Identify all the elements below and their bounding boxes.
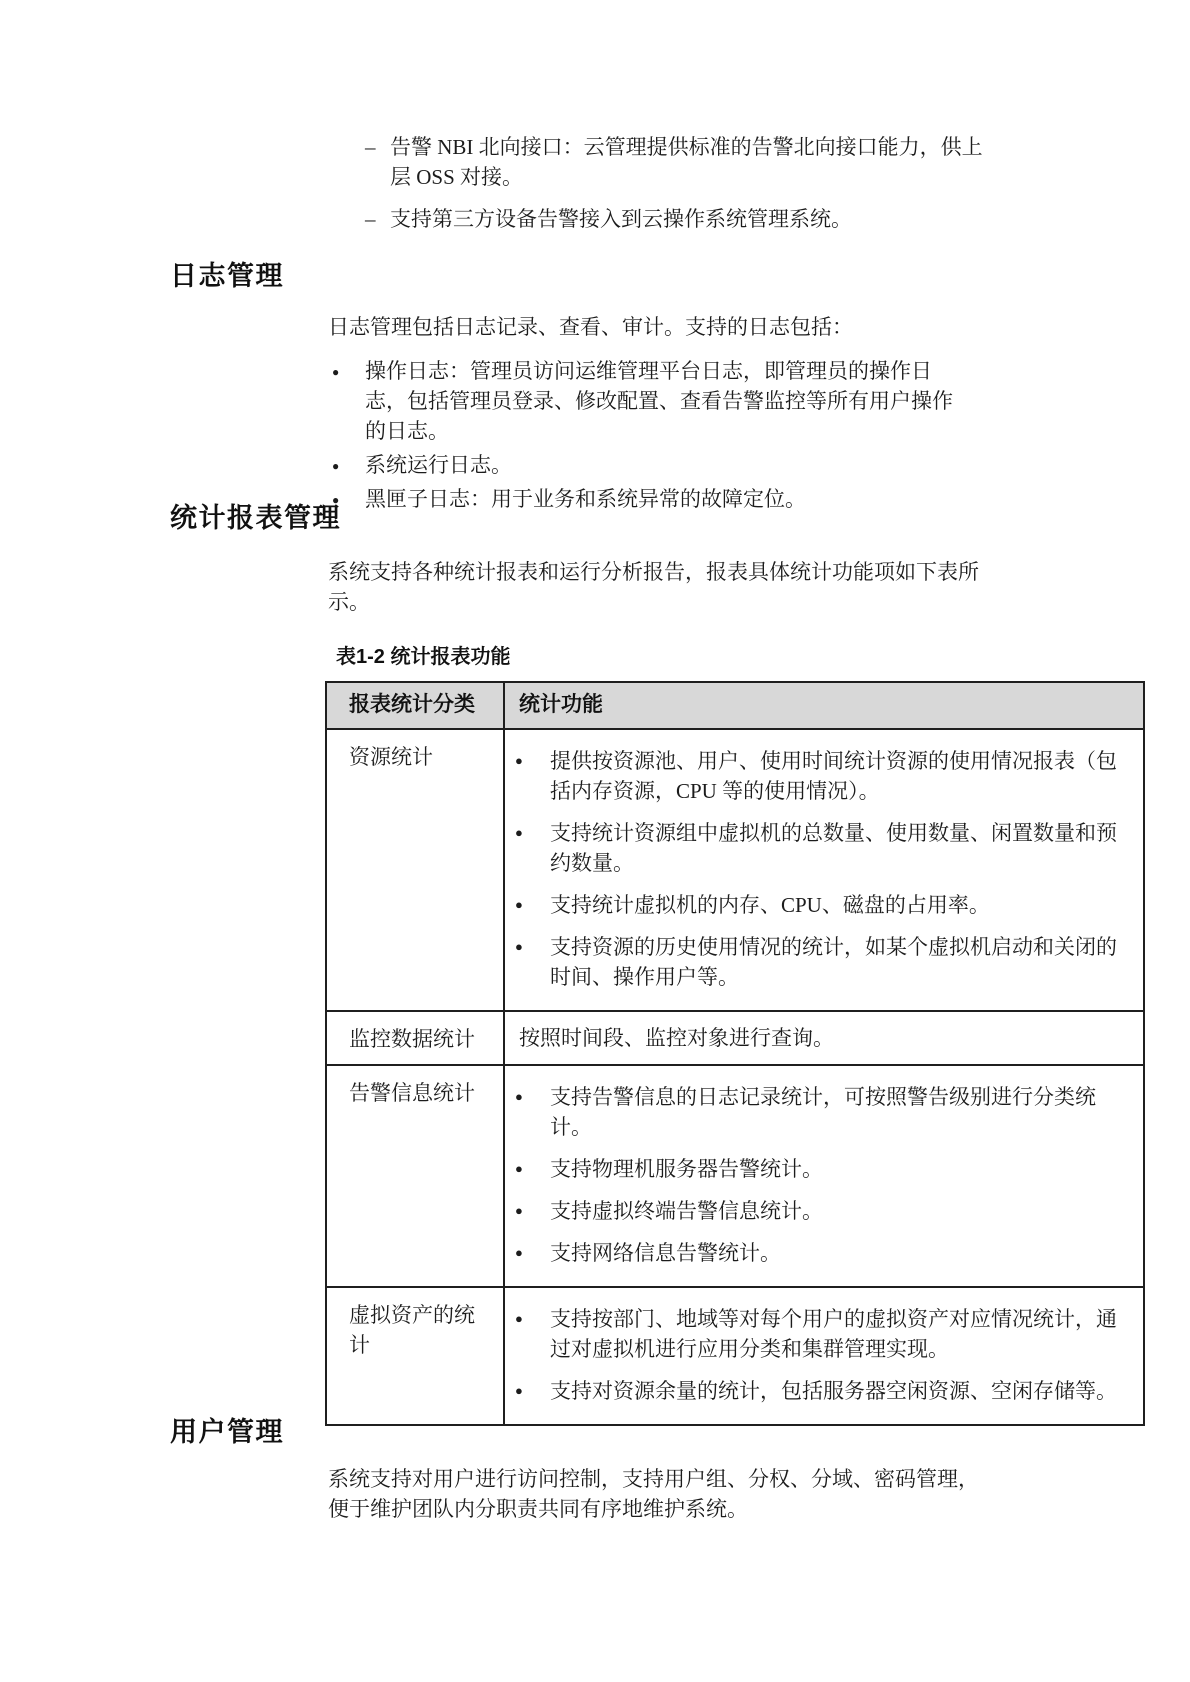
report-intro-paragraph: 系统支持各种统计报表和运行分析报告，报表具体统计功能项如下表所示。 — [328, 557, 988, 617]
column-header-category: 报表统计分类 — [326, 682, 504, 729]
list-item: – 支持第三方设备告警接入到云操作系统管理系统。 — [365, 204, 985, 234]
feature-text: 支持虚拟终端告警信息统计。 — [550, 1196, 1131, 1226]
list-item: ● 操作日志：管理员访问运维管理平台日志，即管理员的操作日志，包括管理员登录、修… — [332, 356, 967, 446]
bullet-icon: ● — [515, 1196, 550, 1226]
user-intro-paragraph: 系统支持对用户进行访问控制，支持用户组、分权、分域、密码管理，便于维护团队内分职… — [328, 1464, 988, 1524]
table-row: 监控数据统计 按照时间段、监控对象进行查询。 — [326, 1011, 1144, 1065]
category-cell: 告警信息统计 — [326, 1065, 504, 1287]
section-heading-log: 日志管理 — [170, 260, 284, 292]
list-item-text: 黑匣子日志：用于业务和系统异常的故障定位。 — [365, 487, 806, 511]
category-cell: 虚拟资产的统计 — [326, 1287, 504, 1425]
feature-cell: ● 支持按部门、地域等对每个用户的虚拟资产对应情况统计，通过对虚拟机进行应用分类… — [504, 1287, 1144, 1425]
feature-text: 提供按资源池、用户、使用时间统计资源的使用情况报表（包括内存资源，CPU 等的使… — [550, 746, 1131, 806]
list-item: – 告警 NBI 北向接口：云管理提供标准的告警北向接口能力，供上层 OSS 对… — [365, 132, 985, 192]
bullet-icon: ● — [515, 1154, 550, 1184]
feature-item: ● 支持虚拟终端告警信息统计。 — [515, 1196, 1131, 1226]
feature-text: 支持资源的历史使用情况的统计，如某个虚拟机启动和关闭的时间、操作用户等。 — [550, 932, 1131, 992]
feature-item: ● 支持物理机服务器告警统计。 — [515, 1154, 1131, 1184]
list-item-text: 告警 NBI 北向接口：云管理提供标准的告警北向接口能力，供上层 OSS 对接。 — [390, 135, 983, 189]
bullet-icon: ● — [515, 1238, 550, 1268]
table-row: 虚拟资产的统计 ● 支持按部门、地域等对每个用户的虚拟资产对应情况统计，通过对虚… — [326, 1287, 1144, 1425]
feature-item: ● 提供按资源池、用户、使用时间统计资源的使用情况报表（包括内存资源，CPU 等… — [515, 746, 1131, 806]
feature-text: 支持统计资源组中虚拟机的总数量、使用数量、闲置数量和预约数量。 — [550, 818, 1131, 878]
bullet-icon: ● — [515, 1376, 550, 1406]
log-bullet-list: ● 操作日志：管理员访问运维管理平台日志，即管理员的操作日志，包括管理员登录、修… — [332, 356, 967, 518]
feature-text: 支持对资源余量的统计，包括服务器空闲资源、空闲存储等。 — [550, 1376, 1131, 1406]
bullet-icon: ● — [515, 746, 550, 806]
table-row: 资源统计 ● 提供按资源池、用户、使用时间统计资源的使用情况报表（包括内存资源，… — [326, 729, 1144, 1011]
feature-text: 支持统计虚拟机的内存、CPU、磁盘的占用率。 — [550, 890, 1131, 920]
document-page: – 告警 NBI 北向接口：云管理提供标准的告警北向接口能力，供上层 OSS 对… — [0, 0, 1190, 1682]
category-cell: 资源统计 — [326, 729, 504, 1011]
section-heading-user: 用户管理 — [170, 1416, 284, 1448]
dash-icon: – — [365, 204, 376, 234]
list-item-text: 操作日志：管理员访问运维管理平台日志，即管理员的操作日志，包括管理员登录、修改配… — [365, 359, 953, 443]
bullet-icon: ● — [332, 357, 339, 387]
list-item-text: 系统运行日志。 — [365, 453, 512, 477]
column-header-function: 统计功能 — [504, 682, 1144, 729]
log-intro-paragraph: 日志管理包括日志记录、查看、审计。支持的日志包括： — [328, 312, 988, 342]
table-header-row: 报表统计分类 统计功能 — [326, 682, 1144, 729]
bullet-icon: ● — [515, 932, 550, 992]
table-caption: 表1-2 统计报表功能 — [336, 645, 510, 669]
feature-item: ● 支持统计资源组中虚拟机的总数量、使用数量、闲置数量和预约数量。 — [515, 818, 1131, 878]
bullet-icon: ● — [515, 1304, 550, 1364]
report-table: 报表统计分类 统计功能 资源统计 ● 提供按资源池、用户、使用时间统计资源的使用… — [325, 681, 1145, 1426]
feature-cell: 按照时间段、监控对象进行查询。 — [504, 1011, 1144, 1065]
feature-item: ● 支持按部门、地域等对每个用户的虚拟资产对应情况统计，通过对虚拟机进行应用分类… — [515, 1304, 1131, 1364]
feature-item: ● 支持统计虚拟机的内存、CPU、磁盘的占用率。 — [515, 890, 1131, 920]
feature-cell: ● 支持告警信息的日志记录统计，可按照警告级别进行分类统计。 ● 支持物理机服务… — [504, 1065, 1144, 1287]
bullet-icon: ● — [515, 818, 550, 878]
list-item: ● 黑匣子日志：用于业务和系统异常的故障定位。 — [332, 484, 967, 514]
bullet-icon: ● — [332, 451, 339, 481]
section-heading-report: 统计报表管理 — [170, 502, 341, 534]
list-item-text: 支持第三方设备告警接入到云操作系统管理系统。 — [390, 207, 852, 231]
bullet-icon: ● — [515, 1082, 550, 1142]
bullet-icon: ● — [515, 890, 550, 920]
feature-item: ● 支持告警信息的日志记录统计，可按照警告级别进行分类统计。 — [515, 1082, 1131, 1142]
feature-item: ● 支持网络信息告警统计。 — [515, 1238, 1131, 1268]
alarm-sub-list: – 告警 NBI 北向接口：云管理提供标准的告警北向接口能力，供上层 OSS 对… — [365, 132, 985, 246]
feature-text: 支持网络信息告警统计。 — [550, 1238, 1131, 1268]
feature-text: 支持告警信息的日志记录统计，可按照警告级别进行分类统计。 — [550, 1082, 1131, 1142]
feature-text: 支持物理机服务器告警统计。 — [550, 1154, 1131, 1184]
table-row: 告警信息统计 ● 支持告警信息的日志记录统计，可按照警告级别进行分类统计。 ● … — [326, 1065, 1144, 1287]
category-cell: 监控数据统计 — [326, 1011, 504, 1065]
feature-item: ● 支持资源的历史使用情况的统计，如某个虚拟机启动和关闭的时间、操作用户等。 — [515, 932, 1131, 992]
list-item: ● 系统运行日志。 — [332, 450, 967, 480]
feature-text: 支持按部门、地域等对每个用户的虚拟资产对应情况统计，通过对虚拟机进行应用分类和集… — [550, 1304, 1131, 1364]
dash-icon: – — [365, 132, 376, 162]
feature-cell: ● 提供按资源池、用户、使用时间统计资源的使用情况报表（包括内存资源，CPU 等… — [504, 729, 1144, 1011]
feature-item: ● 支持对资源余量的统计，包括服务器空闲资源、空闲存储等。 — [515, 1376, 1131, 1406]
